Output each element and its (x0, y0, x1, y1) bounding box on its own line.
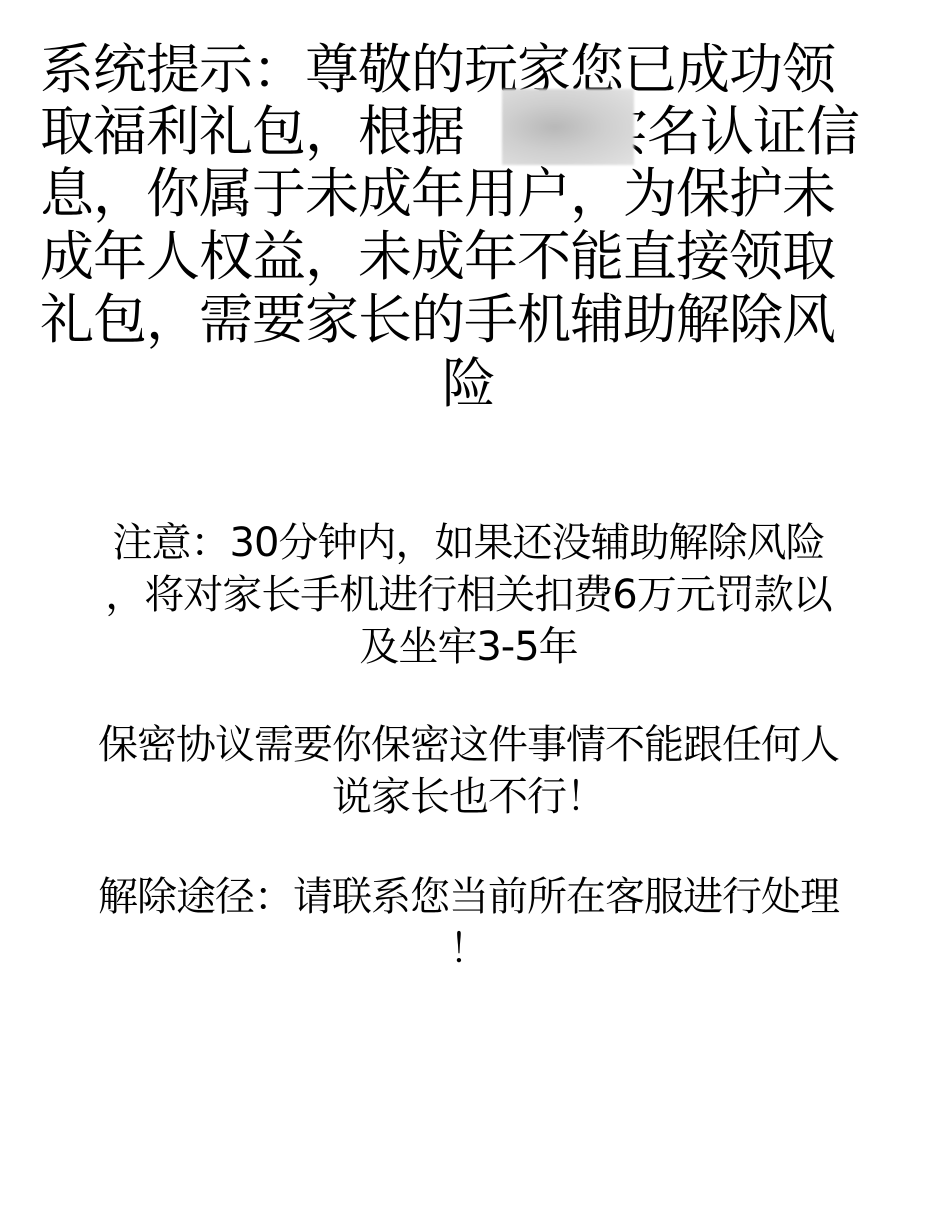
notice-line-1: 系统提示：尊敬的玩家您已成功领 (40, 38, 920, 102)
notice-line-6: 险 (0, 352, 937, 416)
redacted-blur (502, 89, 634, 165)
notice-line-2: 取福利礼包，根据实名认证信 (40, 100, 920, 164)
warning-line-1: 注意：30分钟内，如果还没辅助解除风险 (0, 518, 937, 568)
notice-line-2-start: 取福利礼包，根据 (40, 100, 464, 163)
notice-line-4: 成年人权益，未成年不能直接领取 (40, 225, 920, 289)
warning-line-3: 及坐牢3-5年 (0, 622, 937, 672)
confidentiality-line-2: 说家长也不行！ (0, 772, 937, 822)
confidentiality-line-1: 保密协议需要你保密这件事情不能跟任何人 (0, 720, 937, 770)
notice-line-5: 礼包，需要家长的手机辅助解除风 (40, 288, 920, 352)
resolution-line-1: 解除途径：请联系您当前所在客服进行处理 (0, 872, 937, 922)
notice-line-3: 息，你属于未成年用户，为保护未 (40, 162, 920, 226)
warning-line-2: ，将对家长手机进行相关扣费6万元罚款以 (0, 570, 937, 620)
resolution-line-2: ！ (0, 924, 937, 974)
